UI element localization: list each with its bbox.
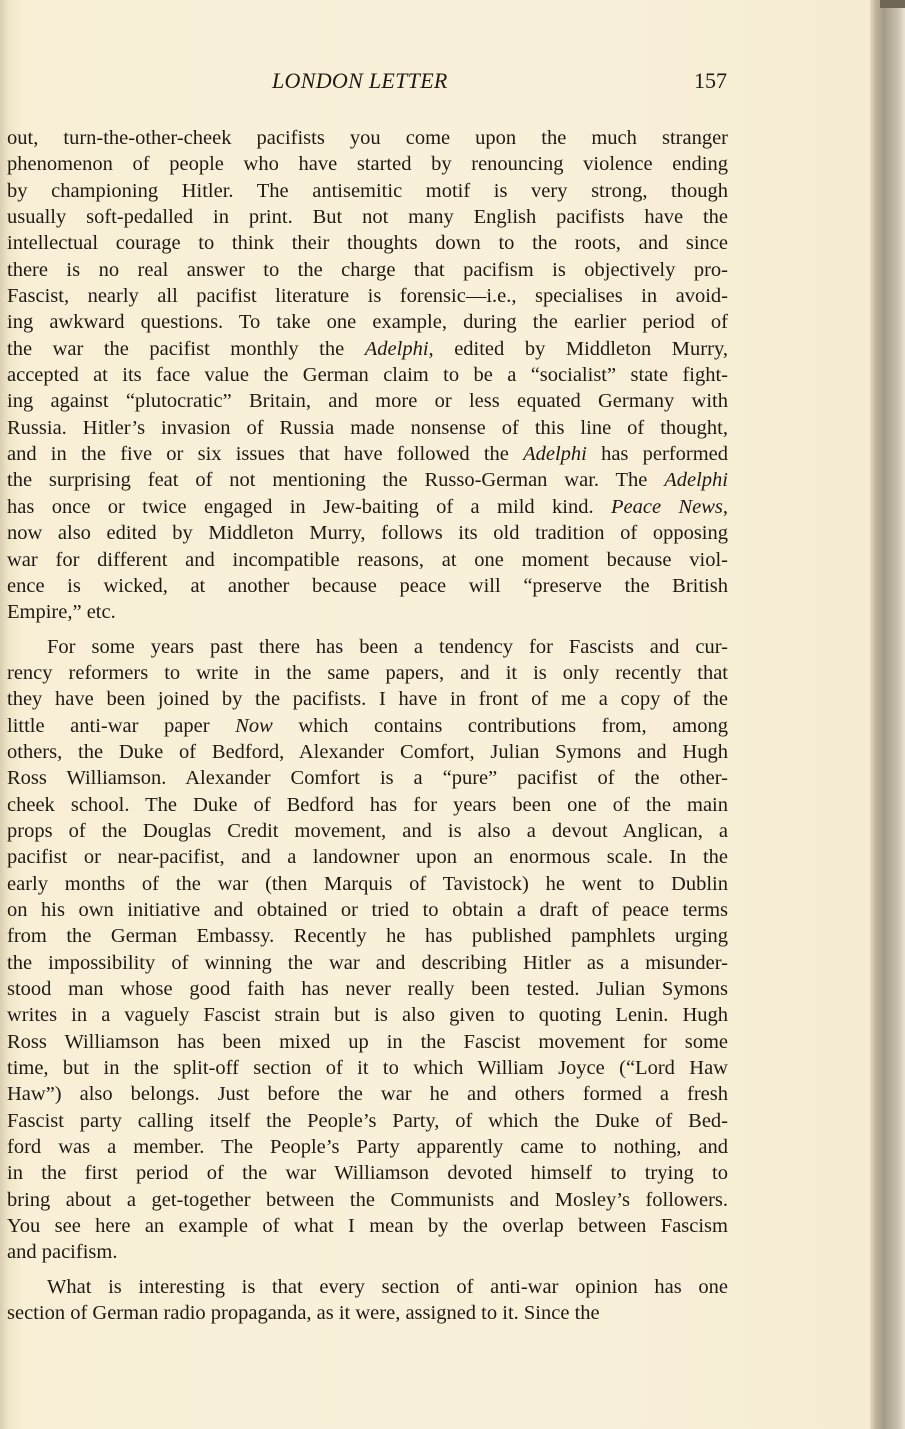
italic-title: Adelphi xyxy=(664,469,728,491)
text-line: usually soft-pedalled in print. But not … xyxy=(7,204,728,230)
text-line: Haw”) also belongs. Just before the war … xyxy=(7,1081,728,1107)
text-line: intellectual courage to think their thou… xyxy=(7,230,728,256)
paragraph: What is interesting is that every sectio… xyxy=(7,1274,728,1327)
text-line: Fascist party calling itself the People’… xyxy=(7,1108,728,1134)
text-line: What is interesting is that every sectio… xyxy=(7,1274,728,1300)
text-line: the surprising feat of not mentioning th… xyxy=(7,467,728,493)
text-line: section of German radio propaganda, as i… xyxy=(7,1300,728,1326)
italic-title: Adelphi xyxy=(365,338,429,360)
text-line: pacifist or near-pacifist, and a landown… xyxy=(7,844,728,870)
text-line: ford was a member. The People’s Party ap… xyxy=(7,1134,728,1160)
text-line: in the first period of the war Williamso… xyxy=(7,1160,728,1186)
text-line: ing awkward questions. To take one examp… xyxy=(7,309,728,335)
text-line: ence is wicked, at another because peace… xyxy=(7,573,728,599)
text-line: Russia. Hitler’s invasion of Russia made… xyxy=(7,415,728,441)
text-line: writes in a vaguely Fascist strain but i… xyxy=(7,1002,728,1028)
paragraph-gap xyxy=(7,626,728,634)
text-line: ing against “plutocratic” Britain, and m… xyxy=(7,388,728,414)
text-line: Ross Williamson. Alexander Comfort is a … xyxy=(7,765,728,791)
paragraph: out, turn-the-other-cheek pacifists you … xyxy=(7,125,728,626)
text-line: now also edited by Middleton Murry, foll… xyxy=(7,520,728,546)
italic-title: Adelphi xyxy=(523,443,587,465)
text-line: stood man whose good faith has never rea… xyxy=(7,976,728,1002)
paragraph-gap xyxy=(7,1266,728,1274)
text-line: props of the Douglas Credit movement, an… xyxy=(7,818,728,844)
text-line: For some years past there has been a ten… xyxy=(7,634,728,660)
text-line: early months of the war (then Marquis of… xyxy=(7,871,728,897)
text-line: time, but in the split-off section of it… xyxy=(7,1055,728,1081)
running-head-title: LONDON LETTER xyxy=(272,68,448,94)
book-page: LONDON LETTER 157 out, turn-the-other-ch… xyxy=(0,0,870,1429)
paragraph: For some years past there has been a ten… xyxy=(7,634,728,1266)
page-stack-top-shadow xyxy=(880,0,905,8)
text-line: cheek school. The Duke of Bedford has fo… xyxy=(7,792,728,818)
text-line: bring about a get-together between the C… xyxy=(7,1187,728,1213)
text-line: there is no real answer to the charge th… xyxy=(7,257,728,283)
running-head: LONDON LETTER 157 xyxy=(0,68,870,98)
text-line: they have been joined by the pacifists. … xyxy=(7,686,728,712)
text-line: war for different and incompatible reaso… xyxy=(7,547,728,573)
text-line: phenomenon of people who have started by… xyxy=(7,151,728,177)
text-line: on his own initiative and obtained or tr… xyxy=(7,897,728,923)
text-line: Fascist, nearly all pacifist literature … xyxy=(7,283,728,309)
page-number: 157 xyxy=(694,68,727,94)
italic-title: Now xyxy=(235,715,273,737)
body-text: out, turn-the-other-cheek pacifists you … xyxy=(7,125,728,1326)
text-line: from the German Embassy. Recently he has… xyxy=(7,923,728,949)
text-line: You see here an example of what I mean b… xyxy=(7,1213,728,1239)
text-line: and in the five or six issues that have … xyxy=(7,441,728,467)
text-line: little anti-war paper Now which contains… xyxy=(7,713,728,739)
text-line: by championing Hitler. The antisemitic m… xyxy=(7,178,728,204)
text-line: Ross Williamson has been mixed up in the… xyxy=(7,1029,728,1055)
text-line: and pacifism. xyxy=(7,1239,728,1265)
text-line: has once or twice engaged in Jew-baiting… xyxy=(7,494,728,520)
text-line: rency reformers to write in the same pap… xyxy=(7,660,728,686)
italic-title: Peace News xyxy=(611,496,723,518)
text-line: out, turn-the-other-cheek pacifists you … xyxy=(7,125,728,151)
text-line: Empire,” etc. xyxy=(7,599,728,625)
text-line: accepted at its face value the German cl… xyxy=(7,362,728,388)
page-stack-edge xyxy=(870,0,905,1429)
text-line: others, the Duke of Bedford, Alexander C… xyxy=(7,739,728,765)
text-line: the impossibility of winning the war and… xyxy=(7,950,728,976)
text-line: the war the pacifist monthly the Adelphi… xyxy=(7,336,728,362)
